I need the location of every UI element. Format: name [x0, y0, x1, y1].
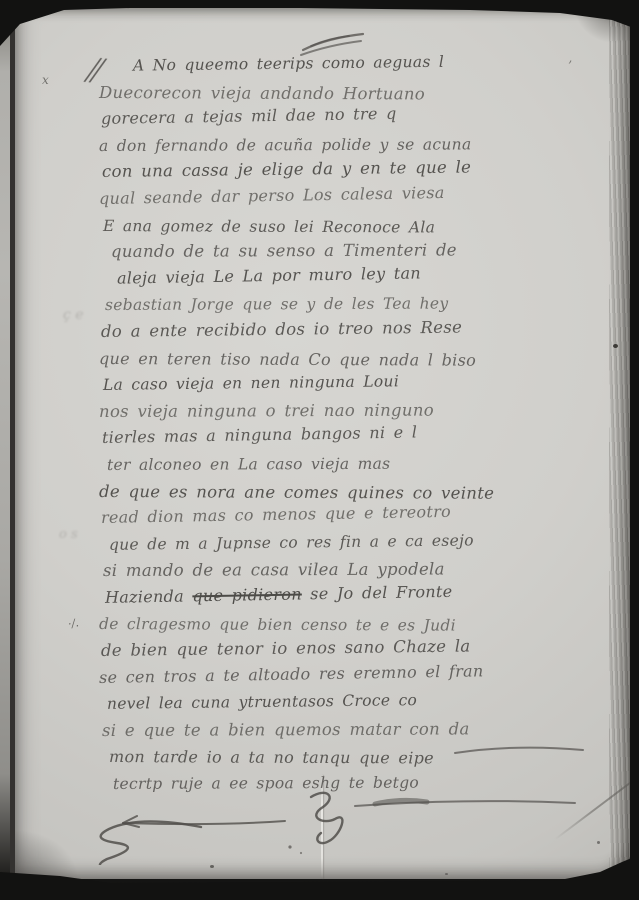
manuscript-line: La caso vieja en nen ninguna Loui — [99, 366, 591, 399]
ink-bleedthrough: o s — [59, 527, 78, 542]
manuscript-line: nevel lea cuna ytruentasos Croce co — [99, 685, 591, 718]
manuscript-line: A No queemo teerips como aeguas l — [99, 47, 591, 80]
margin-sign-mark: ·/. — [67, 616, 80, 631]
handwritten-text-block: A No queemo teerips como aeguas l Duecor… — [99, 53, 591, 798]
archival-photo: ⫽ x ·/. ’ ç e o s A No queemo teerips co… — [0, 0, 639, 900]
ink-bleedthrough: ç e — [63, 307, 84, 323]
rubric-flourish-icon — [75, 735, 595, 865]
struck-line-post: se Jo del Fronte — [302, 582, 453, 604]
ink-spot — [445, 873, 448, 875]
manuscript-line: ter alconeo en La caso vieja mas — [99, 450, 591, 479]
backdrop-right — [630, 0, 639, 900]
struck-words: que pidieron — [192, 584, 302, 605]
ink-spot — [210, 865, 214, 868]
manuscript-line: que de m a Jupnse co res fin a e ca esej… — [99, 526, 591, 559]
margin-cross-mark: x — [42, 73, 49, 87]
manuscript-page: ⫽ x ·/. ’ ç e o s A No queemo teerips co… — [10, 7, 635, 879]
ink-spot — [613, 344, 618, 348]
ink-spot — [597, 841, 600, 844]
struck-line-pre: Hazienda — [105, 586, 193, 607]
manuscript-line: do a ente recibido dos io treo nos Rese — [99, 313, 591, 346]
gutter-page-edges — [0, 0, 10, 900]
